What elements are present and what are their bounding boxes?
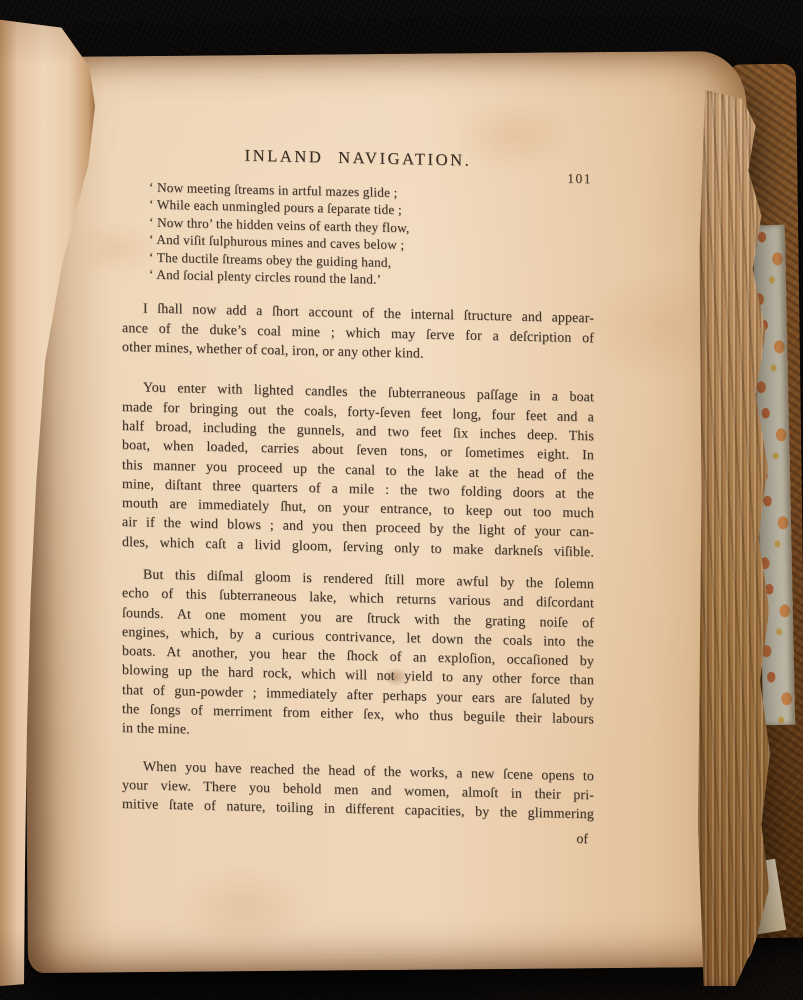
paragraph: I ſhall now add a ſhort account of the i… bbox=[122, 299, 594, 367]
page-text: INLAND NAVIGATION. 101 ‘ Now meeting ſtr… bbox=[122, 142, 594, 849]
paragraph: You enter with lighted candles the ſubte… bbox=[122, 378, 594, 562]
poem: ‘ Now meeting ſtreams in artful mazes gl… bbox=[122, 178, 594, 293]
paragraph: But this diſmal gloom is rendered ſtill … bbox=[122, 565, 594, 749]
paragraph: When you have reached the head of the wo… bbox=[122, 757, 594, 825]
book-photo: INLAND NAVIGATION. 101 ‘ Now meeting ſtr… bbox=[0, 0, 803, 1000]
page-number: 101 bbox=[567, 171, 592, 188]
